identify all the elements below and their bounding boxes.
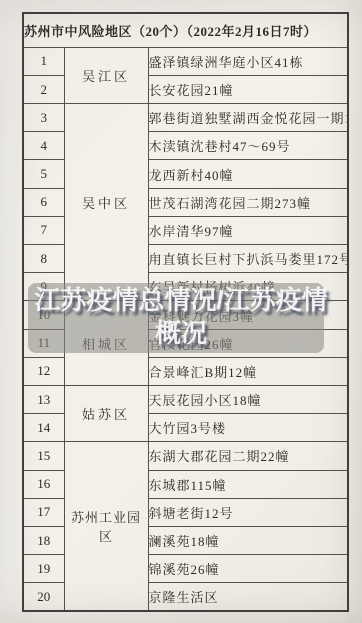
location-cell: 锦溪苑26幢 [148,555,348,583]
row-number: 6 [23,188,64,216]
district-cell-sip: 苏州工业园区 [64,442,148,611]
row-number: 3 [23,104,64,132]
row-number: 5 [23,160,64,188]
location-cell: 京隆生活区 [148,583,348,611]
location-cell: 东湖大郡花园二期22幢 [148,442,348,470]
location-cell: 木渎镇沈巷村47～69号 [148,132,348,160]
row-number: 17 [23,498,64,526]
row-number: 19 [23,555,64,583]
row-number: 12 [23,357,64,385]
row-number: 16 [23,470,64,498]
location-cell: 水岸清华97幢 [148,216,348,244]
row-number: 13 [23,385,64,413]
watermark-band [28,283,324,353]
location-cell: 盛泽镇绿洲华庭小区41栋 [148,47,348,75]
table-title: 苏州市中风险地区（20个）（2022年2月16日7时） [23,13,348,47]
row-number: 1 [23,47,64,75]
row-number: 20 [23,583,64,611]
row-number: 7 [23,216,64,244]
row-number: 14 [23,414,64,442]
district-cell-wuzhong: 吴中区 [64,104,148,301]
location-cell: 东城郡115幢 [148,470,348,498]
location-cell: 郭巷街道独墅湖西金悦花园一期19幢 [148,104,348,132]
location-cell: 大竹园3号楼 [148,414,348,442]
location-cell: 合景峰汇B期12幢 [148,357,348,385]
location-cell: 世茂石湖湾花园二期273幢 [148,188,348,216]
location-cell: 天辰花园小区18幢 [148,385,348,413]
row-number: 15 [23,442,64,470]
district-cell-gusu: 姑苏区 [64,385,148,441]
location-cell: 斜塘老街12号 [148,498,348,526]
row-number: 2 [23,75,64,103]
row-number: 4 [23,132,64,160]
district-cell-wujiang: 吴江区 [64,47,148,103]
location-cell: 长安花园21幢 [148,75,348,103]
location-cell: 甪直镇长巨村下扒浜马娄里172号 [148,245,348,273]
row-number: 8 [23,245,64,273]
row-number: 18 [23,526,64,554]
location-cell: 龙西新村40幢 [148,160,348,188]
location-cell: 澜溪苑18幢 [148,526,348,554]
